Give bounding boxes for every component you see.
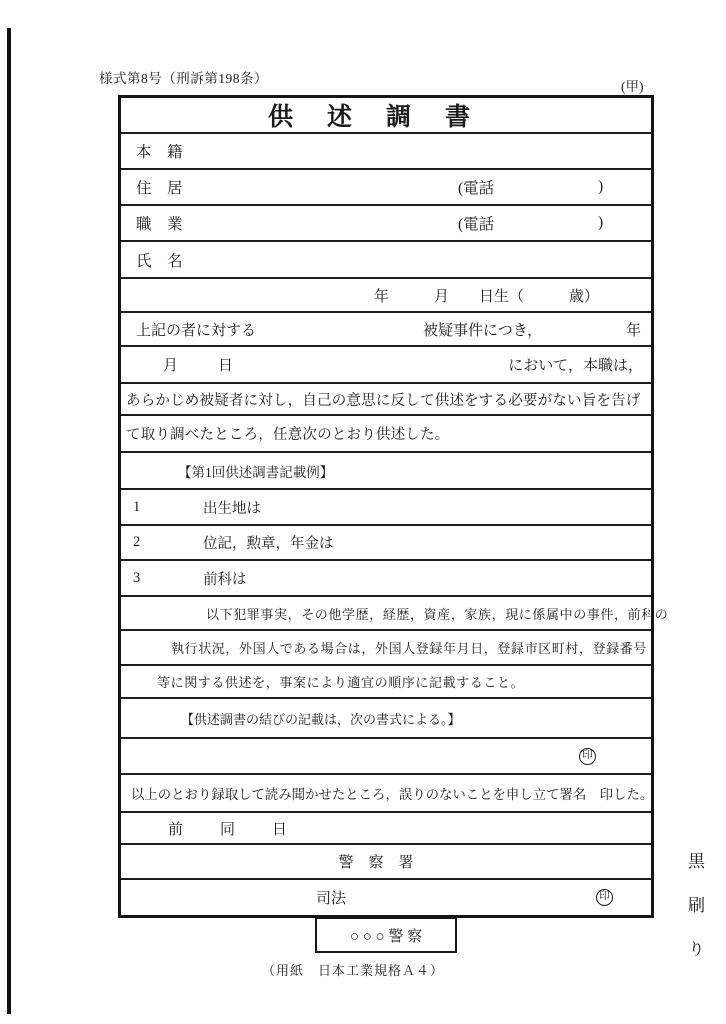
birthdate-row: 年 月 日生（ 歳） (121, 279, 651, 313)
item-2-label: 位記，勲章，年金は (203, 532, 334, 553)
note-text-2: 執行状況，外国人である場合は，外国人登録年月日，登録市区町村，登録番号 (171, 638, 647, 657)
suspect-case-row: 上記の者に対する 被疑事件につき， 年 (121, 313, 651, 347)
item-3-row: 3 前科は (121, 561, 651, 597)
police-station-label: 警 察 署 (338, 851, 413, 872)
black-print-side-note: 黒刷り (682, 852, 707, 984)
form-title-row: 供述調書 (121, 98, 651, 134)
form-number-label: 様式第8号（刑訴第198条） (99, 67, 268, 87)
seal-row: 印 (121, 739, 651, 775)
same-day-row: 前 同 日 (121, 813, 651, 845)
item-1-row: 1 出生地は (121, 490, 651, 526)
item-3-label: 前科は (203, 568, 247, 589)
note-line-3: 等に関する供述を，事案により適宜の順序に記載すること。 (121, 666, 651, 699)
month-label: 月 (163, 354, 178, 375)
statement-form-table: 供述調書 本 籍 住 居 (電話 ) 職 業 (電話 ) 氏 名 年 月 日生（… (118, 95, 654, 918)
suspected-case-label: 被疑事件につき， (423, 319, 542, 340)
note-line-1: 以下犯罪事実，その他学歴，経歴，資産，家族，現に係属中の事件，前科の (121, 597, 651, 631)
seal-stamp-icon: 印 (579, 748, 596, 765)
closing-format-label: 【供述調書の結びの記載は，次の書式による。】 (181, 709, 461, 728)
suspect-intro-label: 上記の者に対する (136, 319, 256, 340)
name-label: 氏 名 (136, 249, 183, 271)
residence-phone-label: (電話 (458, 176, 494, 198)
example-header-row: 【第1回供述調書記載例】 (121, 453, 651, 490)
note-line-2: 執行状況，外国人である場合は，外国人登録年月日，登録市区町村，登録番号 (121, 631, 651, 666)
note-text-3: 等に関する供述を，事案により適宜の順序に記載すること。 (157, 672, 524, 691)
residence-phone-close-paren: ) (598, 178, 603, 196)
caution-line-2: て取り調べたところ，任意次のとおり供述した。 (121, 416, 651, 453)
residence-label: 住 居 (136, 176, 183, 198)
closing-statement-row: 以上のとおり録取して読み聞かせたところ，誤りのないことを申し立て署名 印した。 (121, 775, 651, 813)
registered-domicile-label: 本 籍 (136, 140, 183, 162)
police-name-placeholder: ○ ○ ○ 警 察 (350, 925, 422, 946)
item-1-number: 1 (133, 499, 140, 516)
registered-domicile-row: 本 籍 (121, 134, 651, 170)
caution-line-1: あらかじめ被疑者に対し，自己の意思に反して供述をする必要がない旨を告げ (121, 384, 651, 416)
police-station-row: 警 察 署 (121, 845, 651, 880)
occupation-phone-label: (電話 (458, 212, 494, 234)
year-label: 年 (626, 319, 641, 340)
occupation-phone-close-paren: ) (598, 214, 603, 232)
day-label: 日 (218, 354, 233, 375)
item-1-label: 出生地は (203, 497, 261, 518)
form-title: 供述調書 (268, 97, 504, 133)
residence-row: 住 居 (電話 ) (121, 170, 651, 206)
police-name-box: ○ ○ ○ 警 察 (315, 917, 457, 953)
same-day-label: 前 同 日 (168, 818, 298, 839)
scan-edge-bar (7, 28, 11, 1014)
occupation-row: 職 業 (電話 ) (121, 206, 651, 242)
seal-stamp-icon: 印 (596, 889, 613, 906)
closing-format-header-row: 【供述調書の結びの記載は，次の書式による。】 (121, 699, 651, 739)
paper-size-note: （用紙 日本工業規格Ａ４） (262, 960, 444, 979)
item-3-number: 3 (133, 570, 140, 587)
birthdate-label: 年 月 日生（ 歳） (374, 285, 599, 306)
caution-text-1: あらかじめ被疑者に対し，自己の意思に反して供述をする必要がない旨を告げ (126, 389, 641, 410)
item-2-row: 2 位記，勲章，年金は (121, 526, 651, 561)
name-row: 氏 名 (121, 242, 651, 279)
occupation-label: 職 業 (136, 212, 183, 234)
judicial-label: 司法 (316, 887, 346, 908)
item-2-number: 2 (133, 534, 140, 551)
example-header-label: 【第1回供述調書記載例】 (178, 461, 333, 481)
judicial-officer-row: 司法 印 (121, 880, 651, 915)
corner-mark-kou: (甲) (621, 75, 644, 95)
note-text-1: 以下犯罪事実，その他学歴，経歴，資産，家族，現に係属中の事件，前科の (206, 604, 668, 623)
interrogation-date-row: 月 日 において，本職は， (121, 347, 651, 384)
caution-text-2: て取り調べたところ，任意次のとおり供述した。 (126, 423, 449, 444)
scanned-form-page: 様式第8号（刑訴第198条） (甲) 供述調書 本 籍 住 居 (電話 ) 職 … (0, 0, 726, 1024)
officer-intro-label: において，本職は， (508, 354, 643, 375)
closing-statement-text: 以上のとおり録取して読み聞かせたところ，誤りのないことを申し立て署名 印した。 (131, 784, 653, 803)
